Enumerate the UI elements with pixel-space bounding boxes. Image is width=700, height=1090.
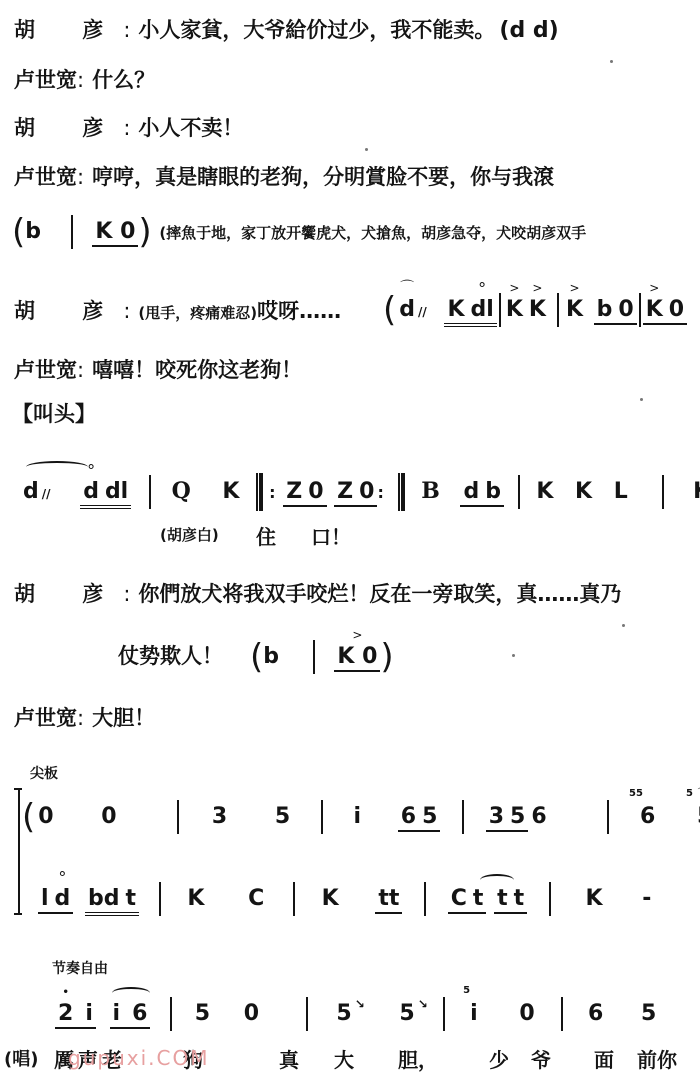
scan-speck: [512, 654, 515, 657]
percussion-cue-line-1: (b K 0) (摔魚于地，家丁放开饗虎犬，犬搶魚，胡彦急夺，犬咬胡彦双手: [12, 212, 586, 252]
percussion-score-1: d// ddl Q K : Z0 Z0: B db K K L K: [20, 473, 700, 511]
note: b: [263, 644, 279, 669]
dialogue-line-hu-4: 胡 彦:你們放犬将我双手咬烂！反在一旁取笑，真……真乃: [14, 581, 621, 607]
tempo-marking: 尖板: [30, 763, 58, 783]
note: 3: [209, 804, 230, 829]
note: K: [319, 886, 342, 911]
note: 0: [35, 804, 56, 829]
note: 5: [419, 804, 440, 829]
tremolo-mark: //: [42, 487, 51, 501]
dialogue-text: 大胆！: [92, 706, 155, 730]
note: 6: [640, 804, 655, 829]
note: 5: [333, 1001, 354, 1026]
note: b: [482, 479, 504, 504]
note: dl: [468, 297, 497, 322]
barline: [293, 882, 295, 916]
lyric-2: 口！: [311, 521, 351, 550]
grace-notes: 5: [686, 788, 693, 799]
dialogue-line-hu-2: 胡 彦:小人不卖！: [14, 115, 243, 141]
dialogue-text: 仗势欺人！: [118, 644, 223, 668]
note: K: [444, 297, 467, 322]
lyric-prefix: (唱): [4, 1045, 38, 1071]
barline: [424, 882, 426, 916]
speaker-label: 卢世宽: [14, 164, 77, 190]
melody-staff: (0 0 3 5 i 65 356 556 55): [22, 797, 700, 837]
open-paren: (: [22, 797, 35, 837]
barline: [159, 882, 161, 916]
speaker-label: 卢世宽: [14, 357, 77, 383]
barline: [557, 293, 559, 327]
note: 0: [241, 1001, 262, 1026]
barline: [662, 475, 664, 509]
scan-speck: [610, 60, 613, 63]
note-with-grace: 5i: [467, 1001, 481, 1026]
note: i: [82, 1001, 96, 1026]
note-group: Ct: [448, 886, 487, 914]
barline: [321, 800, 323, 834]
note: dl: [102, 479, 131, 504]
note: Z: [283, 479, 305, 504]
note: 6: [398, 804, 419, 829]
note: L: [611, 479, 631, 504]
percussion-cue-line-2: (b K 0): [250, 637, 394, 677]
close-paren: ): [380, 637, 393, 677]
note-group: b0: [594, 297, 637, 325]
note-group: 35: [486, 804, 529, 832]
note: 6: [528, 804, 549, 829]
slide-mark: ↘: [355, 997, 365, 1011]
tremolo-mark: //: [418, 305, 427, 319]
close-paren: ): [138, 212, 151, 252]
note: K: [643, 297, 666, 322]
note-group: bdt: [85, 886, 139, 916]
grace-notes: 55: [629, 788, 643, 799]
lyric: 胆，: [398, 1044, 438, 1073]
watermark: gupuxi.COM: [68, 1046, 209, 1070]
note-with-grace: 55: [694, 804, 700, 829]
open-paren: (: [383, 290, 396, 330]
note-group: ld: [38, 886, 73, 914]
speaker-label: 胡 彦: [14, 115, 123, 141]
colon: :: [123, 116, 130, 140]
note: 5: [272, 804, 293, 829]
section-tag: 【叫头】: [12, 401, 96, 427]
dialogue-line-lu-3: 卢世宽:嘻嘻！咬死你这老狗！: [14, 357, 302, 383]
note-group: K 0: [92, 219, 138, 247]
dialogue-line-lu-2: 卢世宽:哼哼，真是瞎眼的老狗，分明賞脸不要，你与我滾: [14, 164, 554, 190]
tempo-marking: 节奏自由: [52, 958, 108, 978]
action-text: (甩手，疼痛难忍): [138, 304, 257, 322]
colon: :: [123, 582, 130, 606]
note: 0: [356, 479, 377, 504]
barline: [499, 293, 501, 327]
note: d: [460, 479, 482, 504]
dialogue-text: 你們放犬将我双手咬烂！反在一旁取笑，真……真乃: [138, 582, 621, 606]
note: K: [533, 479, 556, 504]
open-paren: (: [250, 637, 263, 677]
lyric: 真: [279, 1044, 299, 1073]
dialogue-text: 小人不卖！: [138, 116, 243, 140]
dialogue-line-hu-4-cont: 仗势欺人！: [118, 643, 223, 669]
note-group: K0: [643, 297, 687, 325]
note: B: [418, 478, 443, 504]
note: d: [52, 886, 74, 911]
bracket-cap: [14, 913, 22, 915]
note-group: Z0: [283, 479, 326, 507]
open-paren: (: [12, 212, 25, 252]
barline: [313, 640, 315, 674]
note: K: [526, 297, 549, 322]
lyric: 爷: [531, 1044, 551, 1073]
note: t: [470, 886, 487, 911]
note-group: ddl: [80, 479, 131, 509]
scan-speck: [622, 624, 625, 627]
dialogue-line-hu-1: 胡 彦:小人家貧，大爷給价过少，我不能卖。(d d): [14, 17, 559, 44]
stage-direction: (摔魚于地，家丁放开饗虎犬，犬搶魚，胡彦急夺，犬咬胡彦双手: [159, 224, 586, 242]
note: 6: [585, 1001, 606, 1026]
speaker-label: 卢世宽: [14, 705, 77, 731]
note-group: K 0: [334, 644, 380, 672]
grace-note: 5: [463, 985, 470, 996]
lyric: 大: [334, 1044, 354, 1073]
percussion-notes-hu: (d// KdlKKK b0K0: [383, 290, 687, 330]
lyric: 前你: [637, 1044, 677, 1073]
dialogue-line-hu-3: 胡 彦:(甩手，疼痛难忍)哎呀……: [14, 298, 341, 326]
note: Z: [334, 479, 356, 504]
note: i: [351, 804, 365, 829]
note: 0: [516, 1001, 537, 1026]
barline: [149, 475, 151, 509]
note: C: [448, 886, 470, 911]
note-with-grace: 556: [637, 804, 658, 829]
note: 0: [615, 297, 636, 322]
note: d: [396, 297, 418, 322]
speaker-label: 胡 彦: [14, 17, 123, 43]
colon: :: [77, 165, 84, 189]
note: C: [245, 886, 267, 911]
note: 5: [507, 804, 528, 829]
colon: :: [77, 358, 84, 382]
note-group: Kdl: [444, 297, 496, 327]
note-group: 2i: [55, 1001, 96, 1029]
system-bracket: [18, 790, 20, 915]
note: 3: [486, 804, 507, 829]
dialogue-text: 什么？: [92, 68, 155, 92]
dialogue-text: 小人家貧，大爷給价过少，我不能卖。: [138, 18, 495, 42]
scan-speck: [640, 398, 643, 401]
slur: [26, 461, 88, 473]
note: K: [219, 479, 242, 504]
lyric: 少: [489, 1044, 509, 1073]
note: 5: [638, 1001, 659, 1026]
repeat-start-barline: [256, 473, 263, 511]
note-group: Z0: [334, 479, 377, 507]
note: 6: [129, 1001, 150, 1026]
repeat-end-barline: [398, 473, 405, 511]
dialogue-text: 哎呀……: [257, 299, 341, 323]
slur: [480, 874, 514, 886]
note: d: [20, 479, 42, 504]
note: 0: [305, 479, 326, 504]
colon: :: [77, 706, 84, 730]
barline: [71, 215, 73, 249]
percussion-cue: (d d): [499, 18, 558, 43]
colon: :: [77, 68, 84, 92]
note: K: [582, 886, 605, 911]
note-group: tt: [375, 886, 402, 914]
percussion-staff: ld bdt K C K tt Ct tt K -: [38, 882, 654, 916]
scan-speck: [365, 148, 368, 151]
note: i: [110, 1001, 124, 1026]
note: d: [80, 479, 102, 504]
barline: [177, 800, 179, 834]
dialogue-text: 嘻嘻！咬死你这老狗！: [92, 358, 302, 382]
lyric: 面: [594, 1044, 614, 1073]
note: K: [503, 297, 526, 322]
note-group: tt: [494, 886, 527, 914]
lyric-note: (胡彦白): [160, 524, 219, 545]
note: 5: [192, 1001, 213, 1026]
note: bd: [85, 886, 123, 911]
note: 2: [55, 1001, 76, 1026]
colon: :: [123, 299, 130, 323]
barline: [607, 800, 609, 834]
note: K: [690, 479, 700, 504]
note: 0: [98, 804, 119, 829]
dialogue-line-lu-5: 卢世宽:大胆！: [14, 705, 155, 731]
note: -: [639, 886, 654, 911]
barline: [170, 997, 172, 1031]
barline: [306, 997, 308, 1031]
barline: [462, 800, 464, 834]
note: b: [594, 297, 616, 322]
barline: [549, 882, 551, 916]
note: i: [470, 1001, 478, 1026]
note: l: [38, 886, 52, 911]
note: t: [122, 886, 139, 911]
repeat-dots: :: [269, 483, 275, 502]
note: Q: [169, 478, 194, 504]
barline: [443, 997, 445, 1031]
speaker-label: 胡 彦: [14, 581, 123, 607]
note: K: [184, 886, 207, 911]
dialogue-line-lu-1: 卢世宽:什么？: [14, 67, 155, 93]
vocal-staff: 2i i6 5 0 5↘ 5↘ 5i 0 6 5 6 65: [55, 997, 700, 1031]
colon: :: [123, 18, 130, 42]
note-b: b: [25, 219, 41, 244]
note: t: [494, 886, 511, 911]
speaker-label: 卢世宽: [14, 67, 77, 93]
bracket-cap: [14, 788, 22, 790]
slur: [112, 987, 150, 999]
note: t: [511, 886, 528, 911]
note-group: db: [460, 479, 504, 507]
dialogue-text: 哼哼，真是瞎眼的老狗，分明賞脸不要，你与我滾: [92, 165, 554, 189]
lyric-1: 住: [256, 521, 276, 550]
barline: [639, 293, 641, 327]
note: 0: [666, 297, 687, 322]
note: K: [563, 297, 586, 322]
note: 5: [396, 1001, 417, 1026]
speaker-label: 胡 彦: [14, 298, 123, 324]
barline: [561, 997, 563, 1031]
barline: [518, 475, 520, 509]
note-group: 65: [398, 804, 441, 832]
note: K: [572, 479, 595, 504]
repeat-dots: :: [377, 483, 383, 502]
slide-mark: ↘: [418, 997, 428, 1011]
note-group: i6: [110, 1001, 151, 1029]
